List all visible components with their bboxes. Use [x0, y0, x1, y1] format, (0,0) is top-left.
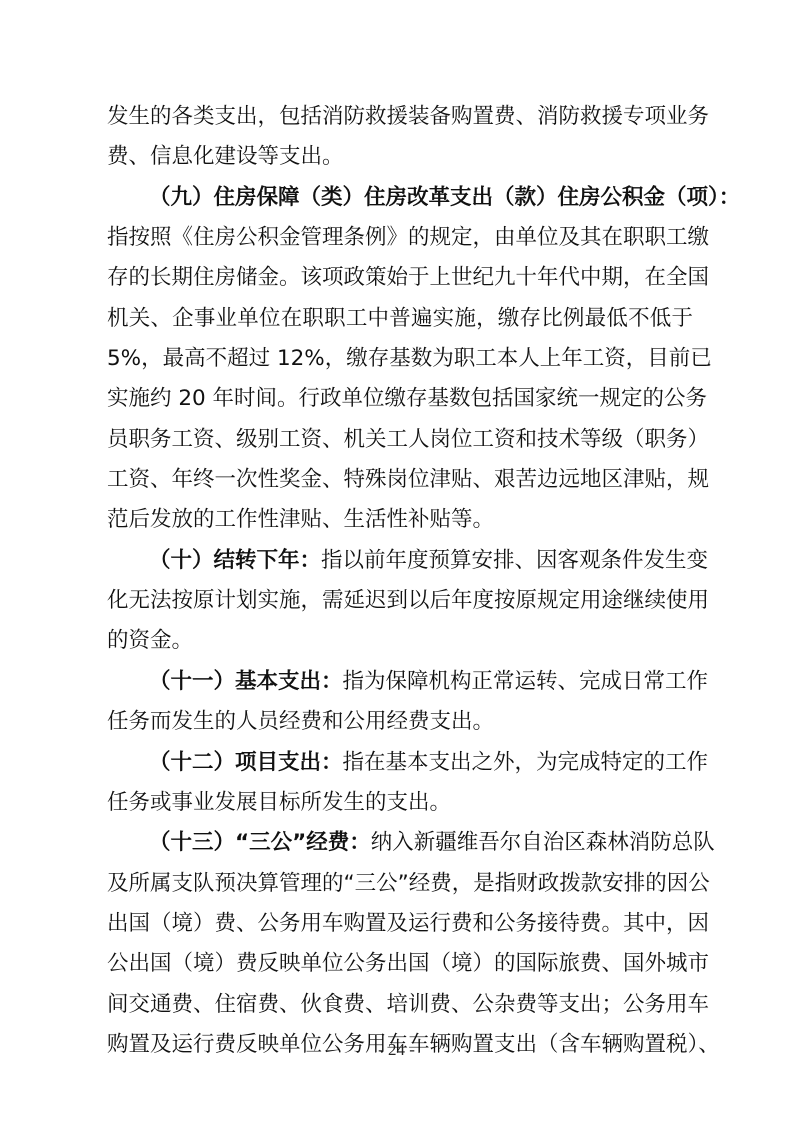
section-heading: （十二）项目支出：: [149, 750, 343, 775]
body-text: 间交通费、住宿费、伙食费、培训费、公杂费等支出；公务用车: [107, 992, 709, 1017]
paragraph-line: 发生的各类支出，包括消防救援装备购置费、消防救援专项业务: [107, 97, 693, 137]
paragraph-line: 员职务工资、级别工资、机关工人岗位工资和技术等级（职务）: [107, 420, 693, 460]
paragraph-line: 化无法按原计划实施，需延迟到以后年度按原规定用途继续使用: [107, 581, 693, 621]
body-text: 实施约 20 年时间。行政单位缴存基数包括国家统一规定的公务: [107, 386, 707, 411]
paragraph-line: 存的长期住房储金。该项政策始于上世纪九十年代中期，在全国: [107, 258, 693, 298]
body-text: 指在基本支出之外，为完成特定的工作: [343, 750, 709, 775]
paragraph-line: 任务而发生的人员经费和公用经费支出。: [107, 702, 693, 742]
document-page: 发生的各类支出，包括消防救援装备购置费、消防救援专项业务费、信息化建设等支出。（…: [0, 0, 793, 1122]
section-heading: （十三）“三公”经费：: [149, 830, 371, 855]
section-heading: （十）结转下年：: [149, 548, 321, 573]
paragraph-heading-line: （十二）项目支出：指在基本支出之外，为完成特定的工作: [107, 743, 693, 783]
body-text: 指按照《住房公积金管理条例》的规定，由单位及其在职职工缴: [107, 225, 709, 250]
paragraph-line: 实施约 20 年时间。行政单位缴存基数包括国家统一规定的公务: [107, 379, 693, 419]
body-text: 存的长期住房储金。该项政策始于上世纪九十年代中期，在全国: [107, 265, 709, 290]
body-text: 任务而发生的人员经费和公用经费支出。: [107, 709, 494, 734]
section-heading: （九）住房保障（类）住房改革支出（款）住房公积金（项）：: [149, 185, 740, 210]
body-text: 的资金。: [107, 628, 193, 653]
paragraph-line: 范后发放的工作性津贴、生活性补贴等。: [107, 500, 693, 540]
paragraph-line: 间交通费、住宿费、伙食费、培训费、公杂费等支出；公务用车: [107, 985, 693, 1025]
paragraph-line: 及所属支队预决算管理的“三公”经费，是指财政拨款安排的因公: [107, 864, 693, 904]
body-text: 化无法按原计划实施，需延迟到以后年度按原规定用途继续使用: [107, 588, 709, 613]
body-text: 发生的各类支出，包括消防救援装备购置费、消防救援专项业务: [107, 104, 709, 129]
body-text: 工资、年终一次性奖金、特殊岗位津贴、艰苦边远地区津贴，规: [107, 467, 709, 492]
paragraph-line: 费、信息化建设等支出。: [107, 137, 693, 177]
paragraph-line: 工资、年终一次性奖金、特殊岗位津贴、艰苦边远地区津贴，规: [107, 460, 693, 500]
body-text: 范后发放的工作性津贴、生活性补贴等。: [107, 507, 494, 532]
body-text: 费、信息化建设等支出。: [107, 144, 344, 169]
paragraph-line: 出国（境）费、公务用车购置及运行费和公务接待费。其中，因: [107, 904, 693, 944]
body-text: 及所属支队预决算管理的“三公”经费，是指财政拨款安排的因公: [107, 871, 710, 896]
paragraph-heading-line: （十一）基本支出：指为保障机构正常运转、完成日常工作: [107, 662, 693, 702]
paragraph-line: 5%，最高不超过 12%，缴存基数为职工本人上年工资，目前已: [107, 339, 693, 379]
paragraph-line: 机关、企事业单位在职职工中普遍实施，缴存比例最低不低于: [107, 299, 693, 339]
body-text: 任务或事业发展目标所发生的支出。: [107, 790, 451, 815]
body-text: 公出国（境）费反映单位公务出国（境）的国际旅费、国外城市: [107, 951, 709, 976]
paragraph-line: 指按照《住房公积金管理条例》的规定，由单位及其在职职工缴: [107, 218, 693, 258]
body-text: 机关、企事业单位在职职工中普遍实施，缴存比例最低不低于: [107, 306, 693, 331]
paragraph-heading-line: （十三）“三公”经费：纳入新疆维吾尔自治区森林消防总队: [107, 823, 693, 863]
section-heading: （十一）基本支出：: [149, 669, 343, 694]
body-text: 指以前年度预算安排、因客观条件发生变: [321, 548, 708, 573]
document-body: 发生的各类支出，包括消防救援装备购置费、消防救援专项业务费、信息化建设等支出。（…: [107, 97, 693, 1065]
body-text: 5%，最高不超过 12%，缴存基数为职工本人上年工资，目前已: [107, 346, 712, 371]
body-text: 纳入新疆维吾尔自治区森林消防总队: [371, 830, 715, 855]
paragraph-line: 公出国（境）费反映单位公务出国（境）的国际旅费、国外城市: [107, 944, 693, 984]
body-text: 员职务工资、级别工资、机关工人岗位工资和技术等级（职务）: [107, 427, 709, 452]
paragraph-line: 任务或事业发展目标所发生的支出。: [107, 783, 693, 823]
page-number: - 24 -: [0, 1040, 793, 1060]
paragraph-heading-line: （九）住房保障（类）住房改革支出（款）住房公积金（项）：: [107, 178, 693, 218]
body-text: 出国（境）费、公务用车购置及运行费和公务接待费。其中，因: [107, 911, 709, 936]
body-text: 指为保障机构正常运转、完成日常工作: [343, 669, 709, 694]
paragraph-line: 的资金。: [107, 621, 693, 661]
paragraph-heading-line: （十）结转下年：指以前年度预算安排、因客观条件发生变: [107, 541, 693, 581]
